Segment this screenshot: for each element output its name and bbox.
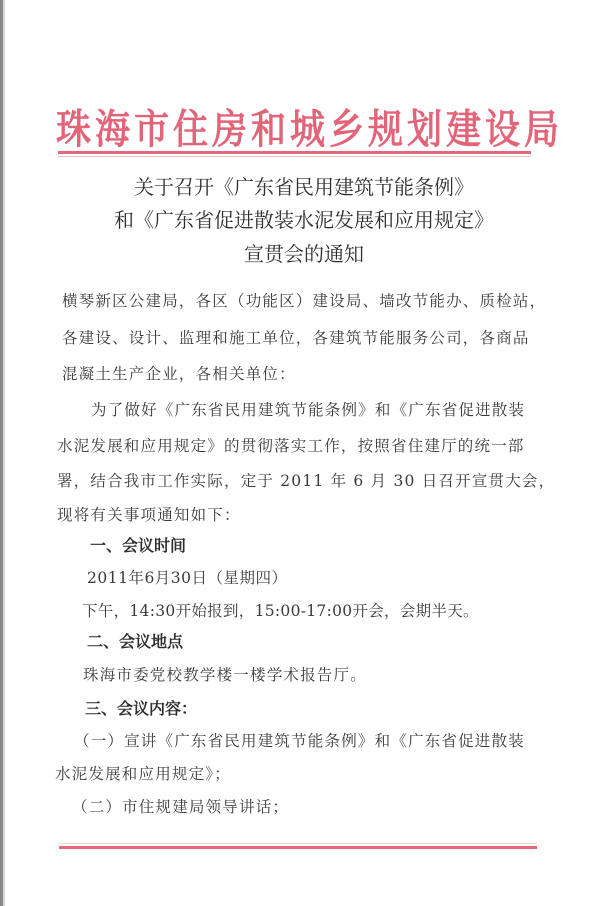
addressee-line: 混凝土生产企业，各相关单位：	[62, 362, 296, 384]
meeting-date: 2011年6月30日（星期四）	[87, 566, 288, 588]
document-title-line-1: 关于召开《广东省民用建筑节能条例》	[0, 171, 608, 200]
content-item: （一）宣讲《广东省民用建筑节能条例》和《广东省促进散装	[74, 729, 525, 751]
section-heading-content: 三、会议内容：	[85, 696, 197, 719]
meeting-location: 珠海市委党校教学楼一楼学术报告厅。	[83, 663, 367, 685]
intro-paragraph-line: 水泥发展和应用规定》的贯彻落实工作，按照省住建厅的统一部	[57, 434, 525, 456]
issuer-masthead: 珠海市住房和城乡规划建设局	[56, 98, 536, 156]
section-heading-time: 一、会议时间	[90, 533, 186, 556]
masthead-rule	[58, 151, 531, 154]
section-heading-location: 二、会议地点	[87, 629, 183, 652]
scan-edge-shadow	[3, 0, 5, 906]
intro-paragraph-line: 为了做好《广东省民用建筑节能条例》和《广东省促进散装	[91, 398, 525, 420]
masthead-rule-thin	[58, 156, 531, 157]
content-item: 水泥发展和应用规定》；	[55, 762, 231, 784]
intro-paragraph-line: 现将有关事项通知如下：	[57, 503, 241, 525]
addressee-line: 各建设、设计、监理和施工单位，各建筑节能服务公司，各商品	[62, 326, 530, 348]
content-item: （二）市住规建局领导讲话；	[72, 795, 289, 817]
footer-rule	[59, 846, 537, 849]
document-title-line-3: 宣贯会的通知	[0, 238, 608, 267]
document-title-line-2: 和《广东省促进散装水泥发展和应用规定》	[0, 204, 608, 233]
meeting-schedule: 下午，14:30开始报到，15:00-17:00开会，会期半天。	[82, 599, 479, 621]
intro-paragraph-line: 署，结合我市工作实际，定于 2011 年 6 月 30 日召开宣贯大会，	[57, 469, 555, 491]
footer-rule-thin	[59, 843, 537, 844]
addressee-line: 横琴新区公建局，各区（功能区）建设局、墙改节能办、质检站，	[62, 289, 546, 311]
